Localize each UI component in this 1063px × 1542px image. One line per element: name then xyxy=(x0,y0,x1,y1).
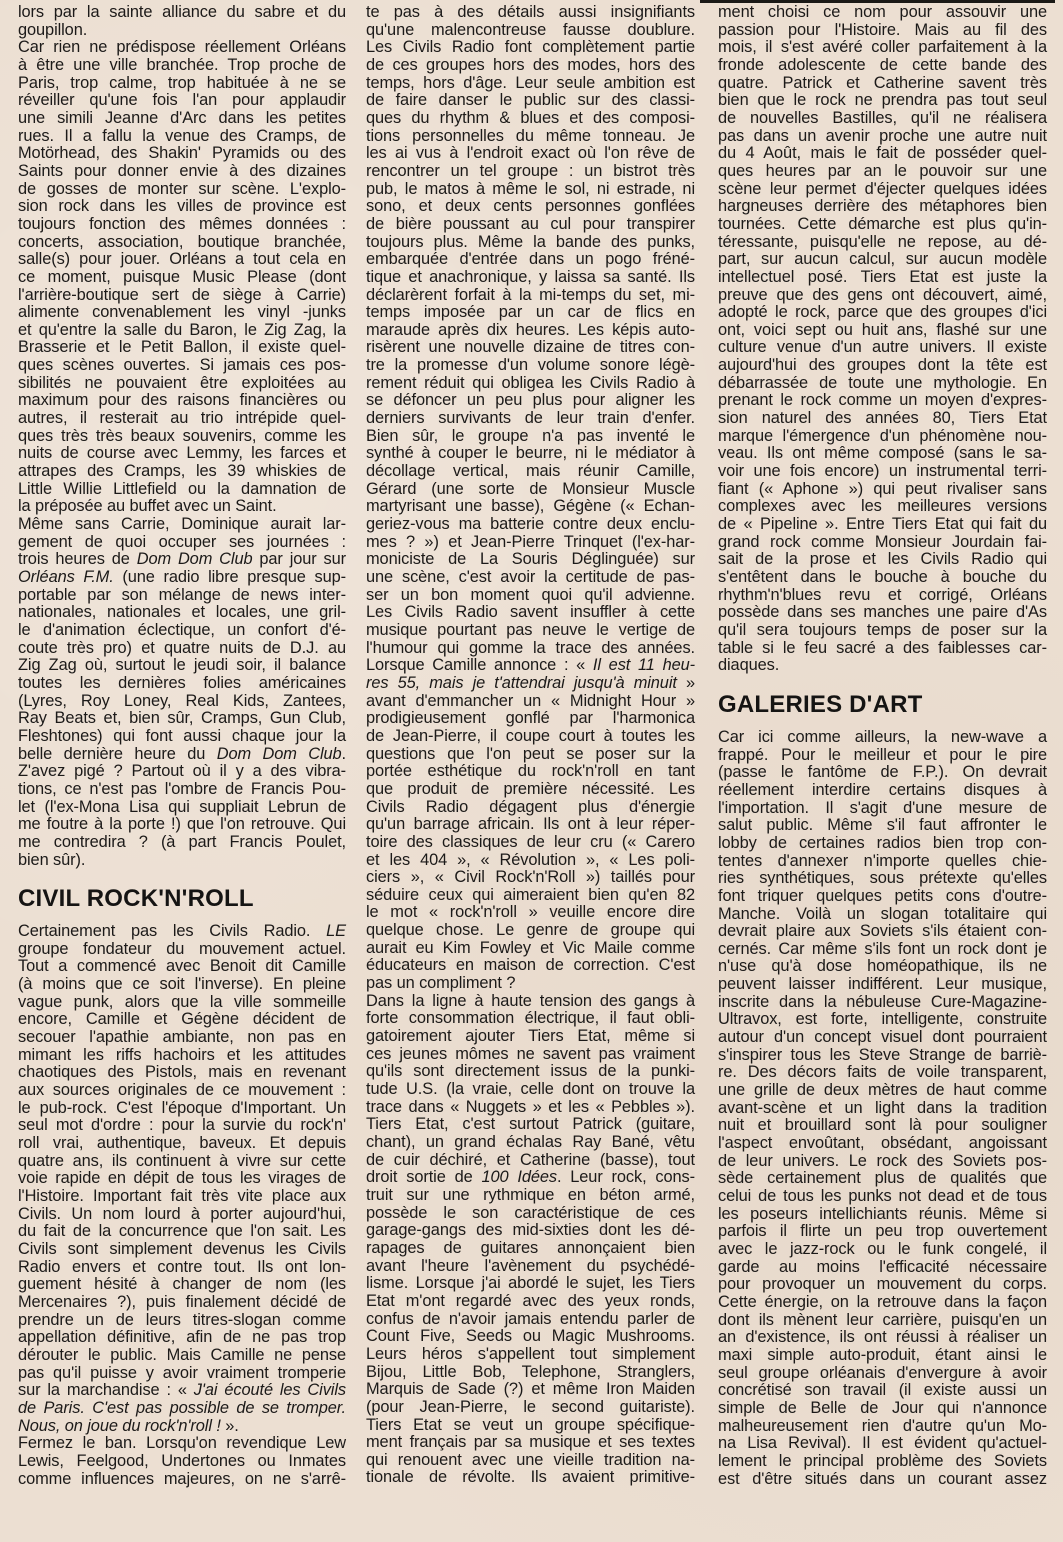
text-line: maximum pour des raisons financières ou xyxy=(18,392,346,410)
text-line: le pub-rock. C'est l'époque d'Important.… xyxy=(18,1100,346,1118)
text-line: débarrassée de toute une mythologie. En xyxy=(718,375,1047,393)
text-line: aux sources originales de ce mouvement : xyxy=(18,1082,346,1100)
text-line: comme influences majeures, on ne s'arrê- xyxy=(18,1471,346,1489)
text-line: éducateurs en maison de correction. C'es… xyxy=(366,957,695,975)
text-line: la préposée au buffet avec un Saint. xyxy=(18,498,346,516)
text-line: adopté le rock, parce que des groupes d'… xyxy=(718,304,1047,322)
article-paragraph: Même sans Carrie, Dominique aurait lar-g… xyxy=(18,516,346,869)
text-line: Nous, on joue du rock'n'roll ! ». xyxy=(18,1418,346,1436)
text-line: sibilités ne pouvaient être exploitées a… xyxy=(18,375,346,393)
text-line: tre la promesse d'un volume sonore légè- xyxy=(366,357,695,375)
text-line: parfois il flirte un peu trop ouvertemen… xyxy=(718,1223,1047,1241)
text-line: une grille de deux mètres de haut comme xyxy=(718,1082,1047,1100)
text-line: Car rien ne prédispose réellement Orléan… xyxy=(18,39,346,57)
magazine-page: lors par la sainte alliance du sabre et … xyxy=(0,0,1063,1542)
text-line: séduire ceux qui aimeraient bien qu'en 8… xyxy=(366,887,695,905)
text-line: cernés. Car même s'ils font un rock dont… xyxy=(718,941,1047,959)
text-line: tionale de révolte. Ils avaient primitiv… xyxy=(366,1469,695,1487)
text-line: avant-scène et un light dans la traditio… xyxy=(718,1100,1047,1118)
text-line: gement de quoi occuper ses journées : xyxy=(18,534,346,552)
text-line: le d'animation éclectique, un confort d'… xyxy=(18,622,346,640)
text-line: Fleshtones) qui font aussi chaque jour l… xyxy=(18,728,346,746)
text-line: les ai vus à l'endroit exact où l'on rêv… xyxy=(366,145,695,163)
text-line: pas un compliment ? xyxy=(366,975,695,993)
text-line: décollage vertical, mais réunir Camille, xyxy=(366,463,695,481)
text-line: temps imposée par un car de flics en xyxy=(366,304,695,322)
text-line: nuit et brouillard sont là pour souligne… xyxy=(718,1117,1047,1135)
text-line: s'inspirer tous les Steve Strange de bar… xyxy=(718,1047,1047,1065)
article-paragraph: Car ici comme ailleurs, la new-wave afra… xyxy=(718,729,1047,1488)
text-line: de nouvelles Bastilles, qu'il ne réalise… xyxy=(718,110,1047,128)
text-line: an d'existence, ils ont réussi à réalise… xyxy=(718,1329,1047,1347)
text-line: trace dans « Nuggets » et les « Pebbles … xyxy=(366,1099,695,1117)
text-line: sion rock dans les villes de province es… xyxy=(18,198,346,216)
text-line: avec le jazz-rock ou le funk congelé, il xyxy=(718,1241,1047,1259)
text-line: goupillon. xyxy=(18,22,346,40)
text-line: avant l'heure l'avènement du psychédé- xyxy=(366,1258,695,1276)
text-line: synthé à couper le beurre, ni le médiato… xyxy=(366,445,695,463)
text-line: de faire danser le public sur des classi… xyxy=(366,92,695,110)
text-line: mois, il s'est avéré coller parfaitement… xyxy=(718,39,1047,57)
text-line: belle dernière heure du Dom Dom Club. xyxy=(18,746,346,764)
text-line: est d'être situés dans un courant assez xyxy=(718,1471,1047,1489)
text-line: peuvent laisser indifférent. Leur musiqu… xyxy=(718,976,1047,994)
text-line: Count Five, Seeds ou Magic Mushrooms. xyxy=(366,1328,695,1346)
section-heading: GALERIES D'ART xyxy=(718,691,1047,719)
text-line: nationales, nationales et locales, une g… xyxy=(18,604,346,622)
text-line: quatre. Patrick et Catherine savent très xyxy=(718,75,1047,93)
text-line: gatoirement ajouter Tiers Etat, même si xyxy=(366,1028,695,1046)
article-paragraph: lors par la sainte alliance du sabre et … xyxy=(18,4,346,39)
text-line: forte consommation électrique, il faut o… xyxy=(366,1010,695,1028)
text-line: concrétisé son travail (il existe aussi … xyxy=(718,1382,1047,1400)
text-line: prenant le rock comme un moyen d'expres- xyxy=(718,392,1047,410)
text-line: ment choisi ce nom pour assouvir une xyxy=(718,4,1047,22)
text-line: ment français par sa musique et ses text… xyxy=(366,1434,695,1452)
text-line: garde au moins l'efficacité nécessaire xyxy=(718,1259,1047,1277)
text-line: de cuir déchiré, et Catherine (basse), t… xyxy=(366,1152,695,1170)
text-line: de gosses de monter sur scène. L'explo- xyxy=(18,181,346,199)
text-line: na Lisa Revival). Il est évident qu'actu… xyxy=(718,1435,1047,1453)
text-line: de « Pipeline ». Entre Tiers Etat qui fa… xyxy=(718,516,1047,534)
text-line: qu'ils sont directement issus de la punk… xyxy=(366,1063,695,1081)
text-line: Brasserie et le Petit Ballon, il existe … xyxy=(18,339,346,357)
text-line: Car ici comme ailleurs, la new-wave a xyxy=(718,729,1047,747)
text-line: salut public. Même s'il faut affronter l… xyxy=(718,817,1047,835)
text-line: groupe fondateur du mouvement actuel. xyxy=(18,941,346,959)
text-line: truit sur une rythmique en béton armé, xyxy=(366,1187,695,1205)
text-line: rement réduit qui obligea les Civils Rad… xyxy=(366,375,695,393)
text-line: à être une ville branchée. Trop proche d… xyxy=(18,57,346,75)
text-line: hargneuses derrière des métaphores bien xyxy=(718,198,1047,216)
text-line: Little Willie Littlefield ou la damnatio… xyxy=(18,481,346,499)
text-line: toutes les dernières folies américaines xyxy=(18,675,346,693)
article-paragraph: Fermez le ban. Lorsqu'on revendique LewL… xyxy=(18,1435,346,1488)
text-line: chant), un grand échalas Ray Bané, vêtu xyxy=(366,1134,695,1152)
text-line: garage-gangs des mid-sixties dont les dé… xyxy=(366,1222,695,1240)
text-line: mes ? ») et Jean-Pierre Trinquet (l'ex-h… xyxy=(366,534,695,552)
text-line: pas dans un avenir proche une autre nuit xyxy=(718,128,1047,146)
text-line: dérouter le public. Mais Camille ne pens… xyxy=(18,1347,346,1365)
text-line: ques du rhythm & blues et des composi- xyxy=(366,110,695,128)
text-line: me foutre à la porte !) que l'on retrouv… xyxy=(18,816,346,834)
text-line: fronde adolescente de cette bande des xyxy=(718,57,1047,75)
text-line: embarquée d'entrée dans un pogo fréné- xyxy=(366,251,695,269)
text-line: l'arrière-boutique sert de siège à Carri… xyxy=(18,287,346,305)
text-line: (pour Jean-Pierre, le second guitariste)… xyxy=(366,1399,695,1417)
text-line: tions personnelles du même tonneau. Je xyxy=(366,128,695,146)
text-line: ce moment, puisque Music Please (dont xyxy=(18,269,346,287)
text-line: ques très très beaux souvenirs, comme le… xyxy=(18,428,346,446)
text-line: Motörhead, des Shakin' Pyramids ou des xyxy=(18,145,346,163)
text-line: Manche. Voilà un slogan totalitaire qui xyxy=(718,906,1047,924)
text-line: avant d'emmancher un « Midnight Hour » xyxy=(366,693,695,711)
text-line: let (l'ex-Mona Lisa qui suppliait Lebrun… xyxy=(18,799,346,817)
text-line: que produit de première nécessité. Les xyxy=(366,781,695,799)
article-column-2: te pas à des détails aussi insignifiants… xyxy=(366,4,695,1487)
text-line: Orléans F.M. (une radio libre presque su… xyxy=(18,569,346,587)
text-line: culture venue d'un autre univers. Il exi… xyxy=(718,339,1047,357)
text-line: portée esthétique du rock'n'roll en tant xyxy=(366,763,695,781)
text-line: quelque chose. Le genre de groupe qui xyxy=(366,922,695,940)
text-line: et les 404 », « Révolution », « Les poli… xyxy=(366,852,695,870)
text-line: questions que l'on peut se poser sur la xyxy=(366,746,695,764)
text-line: trois heures de Dom Dom Club par jour su… xyxy=(18,551,346,569)
text-line: rapages de guitares annonçaient bien xyxy=(366,1240,695,1258)
text-line: Mercenaires ?), puis finalement décidé d… xyxy=(18,1294,346,1312)
text-line: pour provoquer un mouvement du corps. xyxy=(718,1276,1047,1294)
text-line: déclarèrent forfait à la mi-temps du set… xyxy=(366,287,695,305)
text-line: nuits de course avec Lemmy, les farces e… xyxy=(18,445,346,463)
text-line: martyrisant une basse), Gégène (« Echan- xyxy=(366,498,695,516)
text-line: Cette énergie, on la retrouve dans la fa… xyxy=(718,1294,1047,1312)
text-line: voir une fois encore) un instrumental te… xyxy=(718,463,1047,481)
text-line: tions, ce n'est pas l'ombre de Francis P… xyxy=(18,781,346,799)
text-line: (passe le fantôme de F.P.). On devrait xyxy=(718,764,1047,782)
text-line: attrapes des Cramps, les 39 whiskies de xyxy=(18,463,346,481)
text-line: maraude après dix heures. Les képis auto… xyxy=(366,322,695,340)
text-line: qu'une malencontreuse fausse doublure. xyxy=(366,22,695,40)
text-line: Même sans Carrie, Dominique aurait lar- xyxy=(18,516,346,534)
text-line: encore, Camille et Gégène décident de xyxy=(18,1011,346,1029)
text-line: du 4 Août, mais le fait de posséder quel… xyxy=(718,145,1047,163)
text-line: vague punk, alors que la ville sommeille xyxy=(18,994,346,1012)
text-line: dont ils mènent leur carrière, puisqu'en… xyxy=(718,1312,1047,1330)
text-line: de ces groupes hors des modes, hors des xyxy=(366,57,695,75)
text-line: Gérard (une sorte de Monsieur Muscle xyxy=(366,481,695,499)
text-line: Lorsque Camille annonce : « Il est 11 he… xyxy=(366,657,695,675)
text-line: l'Histoire. Important fait très vite pla… xyxy=(18,1188,346,1206)
text-line: réveiller qu'une fois l'an pour applaudi… xyxy=(18,92,346,110)
text-line: (Lyres, Roy Loney, Real Kids, Zantees, xyxy=(18,693,346,711)
text-line: bien que le rock ne prendra pas tout seu… xyxy=(718,92,1047,110)
text-line: Bien sûr, le groupe n'a pas inventé le xyxy=(366,428,695,446)
text-line: Les Civils Radio font complètement parti… xyxy=(366,39,695,57)
text-line: devrait plaire aux Soviets s'ils étaient… xyxy=(718,923,1047,941)
text-line: Bijou, Little Bob, Telephone, Stranglers… xyxy=(366,1364,695,1382)
text-line: aujourd'hui des groupes dont la tête est xyxy=(718,357,1047,375)
text-line: Tiers Etat se veut un groupe spécifique- xyxy=(366,1417,695,1435)
text-line: Les Civils Radio savent insuffler à cett… xyxy=(366,604,695,622)
text-line: ser un bon moment quoi qu'il advienne. xyxy=(366,587,695,605)
text-line: simple de Belle de Jour qui n'annonce xyxy=(718,1400,1047,1418)
text-line: (à moins que ce soit l'inverse). En plei… xyxy=(18,976,346,994)
text-line: tentes d'annexer n'importe quelles chie- xyxy=(718,853,1047,871)
section-heading: CIVIL ROCK'N'ROLL xyxy=(18,885,346,913)
text-line: ques scènes ouvertes. Si jamais ces pos- xyxy=(18,357,346,375)
text-line: l'aspect envoûtant, obsédant, angoissant xyxy=(718,1135,1047,1153)
article-column-3: ment choisi ce nom pour assouvir unepass… xyxy=(718,4,1047,1488)
text-line: Civils Radio dégagent plus d'énergie xyxy=(366,799,695,817)
text-line: celui de tous les punks not dead et de t… xyxy=(718,1188,1047,1206)
text-line: sait de la prose et les Civils Radio qui xyxy=(718,551,1047,569)
text-line: l'humour qui gomme la trace des années. xyxy=(366,640,695,658)
text-line: coute très pro) et quatre nuits de D.J. … xyxy=(18,640,346,658)
text-line: Zig Zag où, surtout le jeudi soir, il ba… xyxy=(18,657,346,675)
text-line: de leur univers. Le rock des Soviets pos… xyxy=(718,1153,1047,1171)
text-line: marque l'émergence d'un phénomène nou- xyxy=(718,428,1047,446)
text-line: Dans la ligne à haute tension des gangs … xyxy=(366,993,695,1011)
text-line: ont, voici sept ou huit ans, flashé sur … xyxy=(718,322,1047,340)
text-line: lisme. Lorsque j'ai abordé le sujet, les… xyxy=(366,1275,695,1293)
text-line: ries synthétiques, sous prétexte qu'elle… xyxy=(718,870,1047,888)
text-line: grand rock comme Monsieur Jourdain fai- xyxy=(718,534,1047,552)
text-line: part, sur aucun calcul, sur aucun modèle xyxy=(718,251,1047,269)
text-line: de bière poussant au cul pour transpirer xyxy=(366,216,695,234)
text-line: Radio envers et contre tout. Ils ont lon… xyxy=(18,1259,346,1277)
text-line: toire des classiques de leur cru (« Care… xyxy=(366,834,695,852)
text-line: possède dans ses manches une paire d'As xyxy=(718,604,1047,622)
text-line: l'importation. Il s'agit d'une mesure de xyxy=(718,800,1047,818)
text-line: lors par la sainte alliance du sabre et … xyxy=(18,4,346,22)
text-line: réellement interdire certains disques à xyxy=(718,782,1047,800)
text-line: sur la marchandise : « J'ai écouté les C… xyxy=(18,1382,346,1400)
text-line: frappé. Pour le meilleur et pour le pire xyxy=(718,747,1047,765)
article-paragraph: Car rien ne prédispose réellement Orléan… xyxy=(18,39,346,516)
article-column-1: lors par la sainte alliance du sabre et … xyxy=(18,4,346,1488)
text-line: secouer l'apathie ambiante, non pas en xyxy=(18,1029,346,1047)
text-line: sono, et deux cents personnes gonflées xyxy=(366,198,695,216)
text-line: risèrent une nouvelle dizaine de titres … xyxy=(366,339,695,357)
text-line: Lewis, Feelgood, Undertones ou Inmates xyxy=(18,1453,346,1471)
text-line: prodigieusement gonflé par l'harmonica xyxy=(366,710,695,728)
text-line: Certainement pas les Civils Radio. LE xyxy=(18,923,346,941)
text-line: concerts, association, boutique branchée… xyxy=(18,234,346,252)
text-line: rhythm'n'blues revu et corrigé, Orléans xyxy=(718,587,1047,605)
text-line: prendre un de leurs titres-slogan comme xyxy=(18,1312,346,1330)
text-line: guement hésité à changer de nom (les xyxy=(18,1276,346,1294)
text-line: droit sortie de 100 Idées. Leur rock, co… xyxy=(366,1169,695,1187)
text-line: malheureusement rien d'autre qu'un Mo- xyxy=(718,1418,1047,1436)
text-line: fiant (« Aphone ») qui peut rivaliser sa… xyxy=(718,481,1047,499)
text-line: portable par son mélange de news inter- xyxy=(18,587,346,605)
text-line: temps, hors d'âge. Leur seule ambition e… xyxy=(366,75,695,93)
text-line: sion naturel des années 80, Tiers Etat xyxy=(718,410,1047,428)
text-line: sède certainement plus de qualités que xyxy=(718,1170,1047,1188)
text-line: roll vrai, authentique, baveux. Et depui… xyxy=(18,1135,346,1153)
text-line: ces jeunes mômes ne savent pas vraiment xyxy=(366,1046,695,1064)
text-line: Ultravox, est forte, intelligente, const… xyxy=(718,1011,1047,1029)
text-line: table si le feu sacré a des faiblesses c… xyxy=(718,640,1047,658)
text-line: Civils sont simplement devenus les Civil… xyxy=(18,1241,346,1259)
text-line: Saints pour donner envie à des dizaines xyxy=(18,163,346,181)
text-line: n'use qu'à dose homéopathique, ils ne xyxy=(718,958,1047,976)
text-line: tique et anachronique, y laissa sa santé… xyxy=(366,269,695,287)
text-line: rues. Il a fallu la venue des Cramps, de xyxy=(18,128,346,146)
text-line: me contredira ? (à part Francis Poulet, xyxy=(18,834,346,852)
text-line: Tiers Etat, c'est surtout Patrick (guita… xyxy=(366,1116,695,1134)
text-line: Tout a commencé avec Benoit dit Camille xyxy=(18,958,346,976)
text-line: te pas à des détails aussi insignifiants xyxy=(366,4,695,22)
text-line: qu'il sera toujours temps de poser sur l… xyxy=(718,622,1047,640)
text-line: appellation définitive, afin de ne pas t… xyxy=(18,1329,346,1347)
text-line: font triquer quelques petits cons d'outr… xyxy=(718,888,1047,906)
text-line: maxi simple auto-produit, étant ainsi le xyxy=(718,1347,1047,1365)
text-line: voie rapide en dépit de tous les virages… xyxy=(18,1170,346,1188)
text-line: s'entêtent dans le bouche à bouche du xyxy=(718,569,1047,587)
text-line: geriez-vous ma batterie contre deux encl… xyxy=(366,516,695,534)
text-line: seul mot d'ordre : pour la survie du roc… xyxy=(18,1117,346,1135)
text-line: res 55, mais je t'attendrai jusqu'à minu… xyxy=(366,675,695,693)
text-line: intellectuel posé. Tiers Etat est juste … xyxy=(718,269,1047,287)
text-line: confus de n'avoir jamais entendu parler … xyxy=(366,1311,695,1329)
text-line: toujours fonction des mêmes données : xyxy=(18,216,346,234)
text-line: preuve que des gens ont découvert, aimé, xyxy=(718,287,1047,305)
text-line: tude U.S. (la vraie, celle dont on trouv… xyxy=(366,1081,695,1099)
text-line: Etat m'ont regardé avec des yeux ronds, xyxy=(366,1293,695,1311)
text-line: qui renouent avec une vieille tradition … xyxy=(366,1452,695,1470)
text-line: ques heures par an le pouvoir sur une xyxy=(718,163,1047,181)
text-line: une simili Jeanne d'Arc dans les petites xyxy=(18,110,346,128)
text-line: se défoncer un peu plus pour aligner les xyxy=(366,392,695,410)
text-line: autour d'un concept visuel dont pourraie… xyxy=(718,1029,1047,1047)
text-line: de Paris. C'est pas possible de se tromp… xyxy=(18,1400,346,1418)
text-line: veau. Ils ont même composé (sans le sa- xyxy=(718,445,1047,463)
text-line: Civils. Un nom lourd à porter aujourd'hu… xyxy=(18,1206,346,1224)
article-paragraph: Dans la ligne à haute tension des gangs … xyxy=(366,993,695,1487)
text-line: Leurs héros s'appellent tout simplement xyxy=(366,1346,695,1364)
text-line: les poseurs intellichiants réunis. Même … xyxy=(718,1206,1047,1224)
article-paragraph: Certainement pas les Civils Radio. LEgro… xyxy=(18,923,346,1435)
text-line: passion pour l'Histoire. Mais au fil des xyxy=(718,22,1047,40)
text-line: pas qu'il puisse y avoir vraiment trompe… xyxy=(18,1365,346,1383)
text-line: possède le son caractéristique de ces xyxy=(366,1205,695,1223)
text-line: moniciste de La Souris Déglinguée) sur xyxy=(366,551,695,569)
text-line: aurait eu Kim Fowley et Vic Maile comme xyxy=(366,940,695,958)
text-line: scène leur permet d'éjecter quelques idé… xyxy=(718,181,1047,199)
text-line: toujours plus. Même la bande des punks, xyxy=(366,234,695,252)
text-line: de Jean-Pierre, il coupe court à toutes … xyxy=(366,728,695,746)
text-line: re. Des décors faits de voile transparen… xyxy=(718,1064,1047,1082)
text-line: tournées. Cette démarche est plus qu'in- xyxy=(718,216,1047,234)
text-line: Marquis de Sade (?) et même Iron Maiden xyxy=(366,1381,695,1399)
text-line: musique pourtant pas neuve le vertige de xyxy=(366,622,695,640)
text-line: chaotiques des Pistols, mais en revenant xyxy=(18,1064,346,1082)
text-line: seul groupe orléanais d'envergure à avoi… xyxy=(718,1365,1047,1383)
text-line: Ray Beats et, bien sûr, Cramps, Gun Club… xyxy=(18,710,346,728)
text-line: diaques. xyxy=(718,657,1047,675)
text-line: inscrite dans la nébuleuse Cure-Magazine… xyxy=(718,994,1047,1012)
text-line: ciers », « Civil Rock'n'Roll ») taillés … xyxy=(366,869,695,887)
text-line: rencontrer un tel groupe : un bistrot tr… xyxy=(366,163,695,181)
text-line: alimente convenablement les vinyl -junks xyxy=(18,304,346,322)
text-line: Fermez le ban. Lorsqu'on revendique Lew xyxy=(18,1435,346,1453)
text-line: le mot « rock'n'roll » veuille encore di… xyxy=(366,904,695,922)
text-line: salle(s) pour jouer. Orléans a tout cela… xyxy=(18,251,346,269)
text-line: qu'un barrage africain. Ils ont à leur r… xyxy=(366,816,695,834)
text-line: mimant les riffs hachoirs et les attitud… xyxy=(18,1047,346,1065)
text-line: et qu'entre la salle du Baron, le Zig Za… xyxy=(18,322,346,340)
article-paragraph: te pas à des détails aussi insignifiants… xyxy=(366,4,695,993)
text-line: bien sûr). xyxy=(18,852,346,870)
text-line: une scène, c'est avoir la certitude de p… xyxy=(366,569,695,587)
text-line: derniers survivants de leur train d'enfe… xyxy=(366,410,695,428)
text-line: Z'avez pigé ? Partout où il y a des vibr… xyxy=(18,763,346,781)
article-paragraph: ment choisi ce nom pour assouvir unepass… xyxy=(718,4,1047,675)
text-line: quatre ans, ils continuent à vivre sur c… xyxy=(18,1153,346,1171)
text-line: lement le principal problème des Soviets xyxy=(718,1453,1047,1471)
text-line: autres, il resterait au trio intrépide q… xyxy=(18,410,346,428)
text-line: pub, le matos à même le sol, ni estrade,… xyxy=(366,181,695,199)
text-line: complexes avec les meilleures versions xyxy=(718,498,1047,516)
text-line: Paris, trop calme, trop habituée à ne se xyxy=(18,75,346,93)
text-line: téressante, puisqu'elle ne repose, au dé… xyxy=(718,234,1047,252)
text-line: lobby de certaines radios bien trop con- xyxy=(718,835,1047,853)
text-line: du fait de la concurrence que l'on sait.… xyxy=(18,1223,346,1241)
